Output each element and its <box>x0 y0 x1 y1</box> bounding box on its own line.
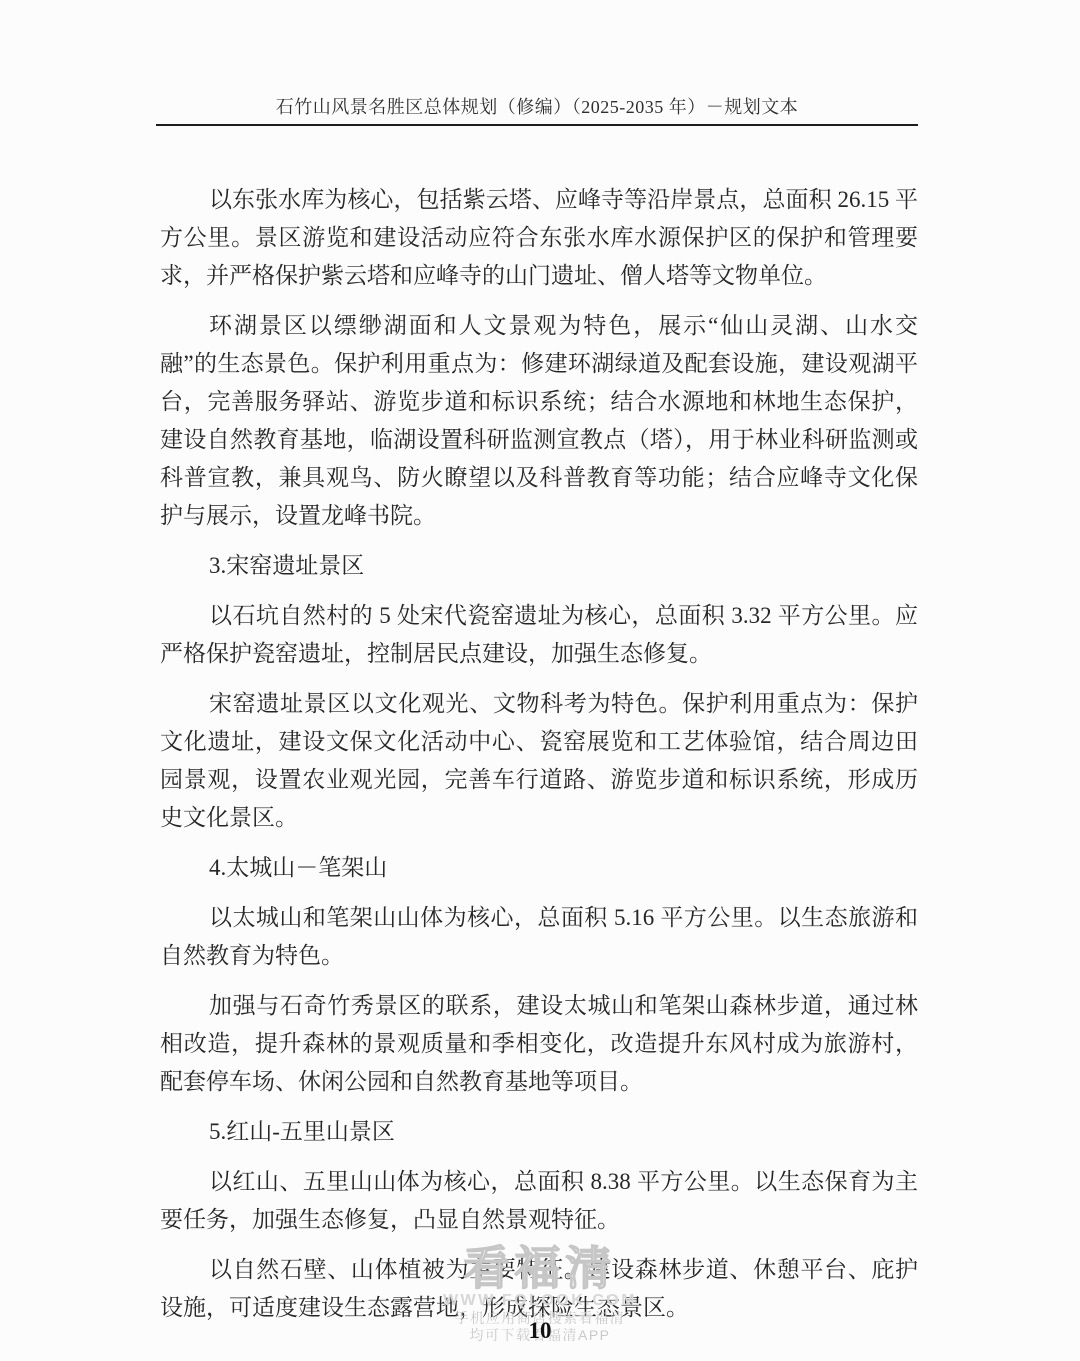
body-paragraph: 环湖景区以缥缈湖面和人文景观为特色，展示“仙山灵湖、山水交融”的生态景色。保护利… <box>160 307 918 535</box>
section-heading: 4.太城山－笔架山 <box>160 849 918 887</box>
body-paragraph: 以东张水库为核心，包括紫云塔、应峰寺等沿岸景点，总面积 26.15 平方公里。景… <box>160 181 918 295</box>
page-header: 石竹山风景名胜区总体规划（修编）（2025-2035 年）－规划文本 <box>156 97 918 126</box>
page-number: 10 <box>0 1318 1080 1344</box>
document-body: 以东张水库为核心，包括紫云塔、应峰寺等沿岸景点，总面积 26.15 平方公里。景… <box>160 181 918 1339</box>
body-paragraph: 宋窑遗址景区以文化观光、文物科考为特色。保护利用重点为：保护文化遗址，建设文保文… <box>160 685 918 837</box>
body-paragraph: 加强与石奇竹秀景区的联系，建设太城山和笔架山森林步道，通过林相改造，提升森林的景… <box>160 987 918 1101</box>
body-paragraph: 以自然石壁、山体植被为主要特征。建设森林步道、休憩平台、庇护设施，可适度建设生态… <box>160 1251 918 1327</box>
body-paragraph: 以红山、五里山山体为核心，总面积 8.38 平方公里。以生态保育为主要任务，加强… <box>160 1163 918 1239</box>
document-page: 石竹山风景名胜区总体规划（修编）（2025-2035 年）－规划文本 以东张水库… <box>0 0 1080 1361</box>
body-paragraph: 以太城山和笔架山山体为核心，总面积 5.16 平方公里。以生态旅游和自然教育为特… <box>160 899 918 975</box>
header-title: 石竹山风景名胜区总体规划（修编）（2025-2035 年）－规划文本 <box>156 97 918 118</box>
body-paragraph: 以石坑自然村的 5 处宋代瓷窑遗址为核心，总面积 3.32 平方公里。应严格保护… <box>160 597 918 673</box>
section-heading: 3.宋窑遗址景区 <box>160 547 918 585</box>
section-heading: 5.红山-五里山景区 <box>160 1113 918 1151</box>
